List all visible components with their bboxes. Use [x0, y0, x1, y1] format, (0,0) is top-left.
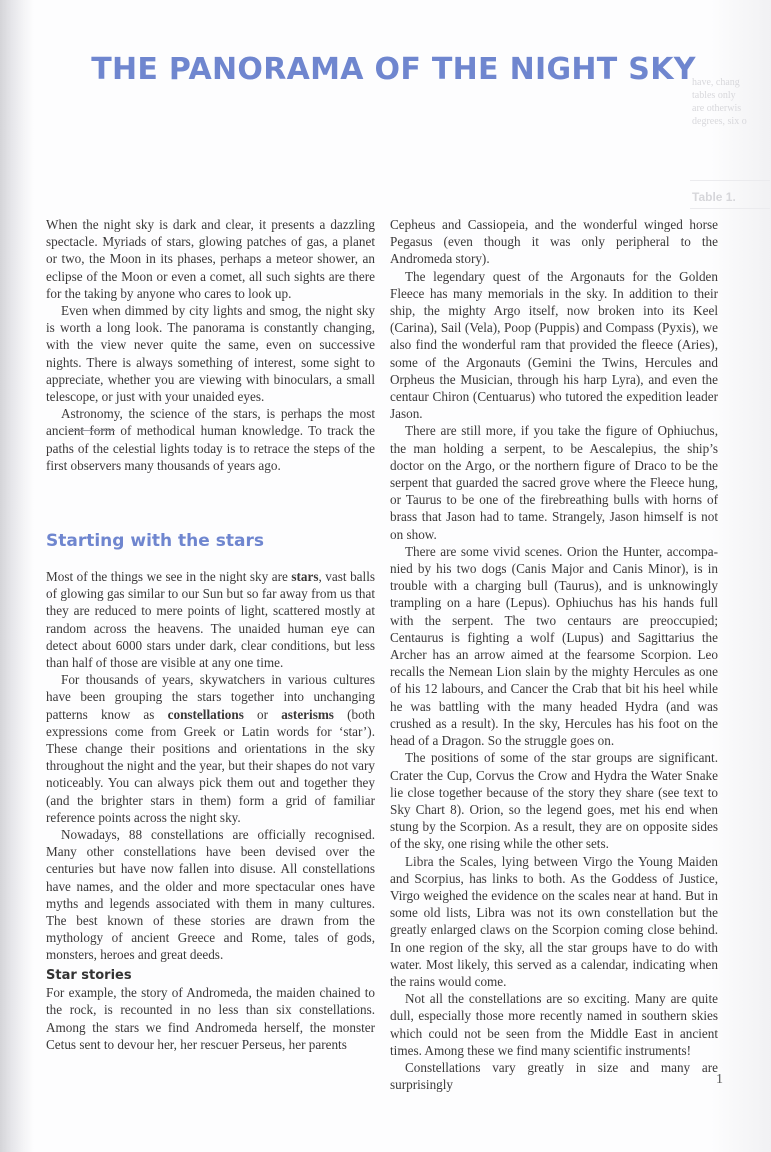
sub-heading-star-stories: Star stories: [46, 967, 375, 984]
text-run: (both expressions come from Greek or Lat…: [46, 707, 375, 825]
bleed-line: tables only: [692, 89, 771, 102]
section-heading-starting: Starting with the stars: [46, 531, 264, 551]
body-paragraph: Libra the Scales, lying between Virgo th…: [390, 853, 718, 991]
body-paragraph: There are still more, if you take the fi…: [390, 422, 718, 542]
body-paragraph: The positions of some of the star groups…: [390, 749, 718, 852]
star-stories-section: Star stories For example, the story of A…: [46, 967, 375, 1053]
text-run: Most of the things we see in the night s…: [46, 569, 291, 584]
body-paragraph: Cepheus and Cassiopeia, and the wonderfu…: [390, 216, 718, 268]
right-column: Cepheus and Cassiopeia, and the wonderfu…: [390, 216, 718, 1093]
intro-paragraph-astronomy: Astronomy, the science of the stars, is …: [46, 405, 375, 474]
bleed-line: degrees, six o: [692, 115, 771, 128]
body-paragraph: For thousands of years, skywatchers in v…: [46, 671, 375, 826]
body-paragraph: There are some vivid scenes. Orion the H…: [390, 543, 718, 749]
starting-section-body: Most of the things we see in the night s…: [46, 568, 375, 964]
bleed-line: are otherwis: [692, 102, 771, 115]
text-run: , vast balls of glowing gas similar to o…: [46, 569, 375, 670]
struck-text: ent form: [68, 423, 115, 438]
body-paragraph: The legendary quest of the Argonauts for…: [390, 268, 718, 423]
body-paragraph: Constellations vary greatly in size and …: [390, 1059, 718, 1093]
page-edge-shade: [711, 0, 771, 1152]
text-run: or: [244, 707, 281, 722]
page-number: 1: [716, 1072, 723, 1088]
bleed-rule: [690, 180, 770, 181]
body-paragraph: Not all the constellations are so exciti…: [390, 990, 718, 1059]
body-paragraph: For example, the story of Andromeda, the…: [46, 984, 375, 1053]
intro-section: When the night sky is dark and clear, it…: [46, 216, 375, 474]
bold-term: stars: [291, 569, 318, 584]
body-paragraph: Nowadays, 88 constellations are official…: [46, 826, 375, 964]
bleed-table-label: Table 1.: [692, 190, 736, 204]
intro-paragraph: When the night sky is dark and clear, it…: [46, 216, 375, 302]
gutter-shadow: [0, 0, 34, 1152]
bold-term: constellations: [168, 707, 244, 722]
bold-term: asterisms: [281, 707, 334, 722]
intro-paragraph: Even when dimmed by city lights and smog…: [46, 302, 375, 405]
bleed-rule: [690, 208, 770, 209]
page-title: THE PANORAMA OF THE NIGHT SKY: [0, 52, 771, 87]
body-paragraph: Most of the things we see in the night s…: [46, 568, 375, 671]
